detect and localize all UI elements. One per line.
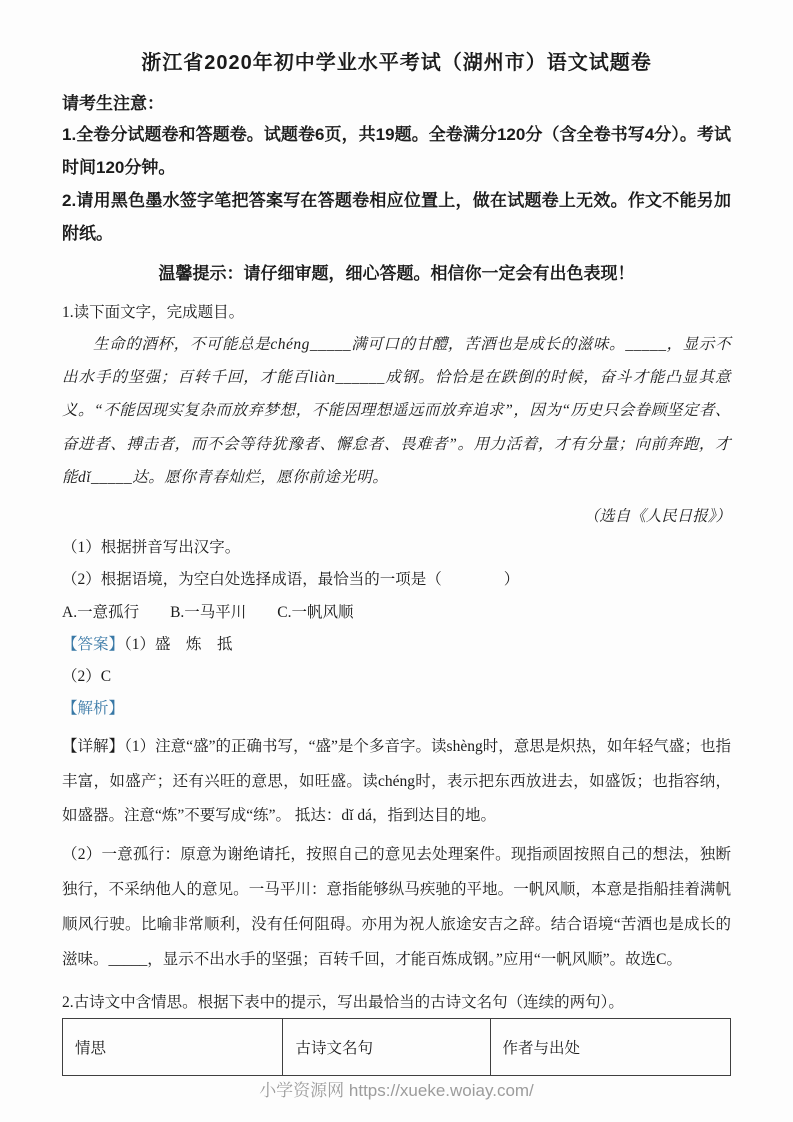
analysis-label: 【解析】 (62, 700, 124, 717)
footer-watermark: 小学资源网 https://xueke.woiay.com/ (62, 1076, 731, 1101)
table-header-author: 作者与出处 (490, 1018, 730, 1075)
analysis-line: 【解析】 (62, 697, 731, 720)
answer-line-1: 【答案】（1）盛 炼 抵 (62, 633, 731, 656)
detail-1-text: （1）注意“盛”的正确书写，“盛”是个多音字。读shèng时，意思是炽热，如年轻… (62, 738, 731, 825)
question-2-intro: 2.古诗文中含情思。根据下表中的提示，写出最恰当的古诗文名句（连续的两句）。 (62, 990, 731, 1012)
poetry-hint-table: 情思 古诗文名句 作者与出处 (62, 1018, 731, 1076)
table-header-emotion: 情思 (63, 1018, 283, 1075)
question-1-options: A.一意孤行 B.一马平川 C.一帆风顺 (62, 601, 731, 624)
answer-label: 【答案】 (62, 636, 124, 653)
passage-source: （选自《人民日报》） (62, 504, 731, 526)
question-1-intro: 1.读下面文字，完成题目。 (62, 300, 731, 322)
answer-line-2: （2）C (62, 665, 731, 688)
question-1-section: 1.读下面文字，完成题目。 生命的酒杯，不可能总是chéng_____满可口的甘… (62, 292, 731, 982)
notice-item-2: 2.请用黑色墨水签字笔把答案写在答题卷相应位置上，做在试题卷上无效。作文不能另加… (62, 184, 731, 250)
reading-passage: 生命的酒杯，不可能总是chéng_____满可口的甘醴，苦酒也是成长的滋味。__… (62, 328, 731, 495)
exam-tip: 温馨提示：请仔细审题，细心答题。相信你一定会有出色表现！ (62, 259, 731, 284)
detail-paragraph-2: （2）一意孤行：原意为谢绝请托，按照自己的意见去处理案件。现指顽固按照自己的想法… (62, 838, 731, 978)
notice-heading: 请考生注意： (62, 89, 731, 114)
table-header-quote: 古诗文名句 (283, 1018, 490, 1075)
table-header-row: 情思 古诗文名句 作者与出处 (63, 1018, 731, 1075)
exam-document-page: 浙江省2020年初中学业水平考试（湖州市）语文试题卷 请考生注意： 1.全卷分试… (0, 0, 793, 1122)
question-1-sub-2: （2）根据语境，为空白处选择成语，最恰当的一项是（ ） (62, 568, 731, 591)
question-2-section: 2.古诗文中含情思。根据下表中的提示，写出最恰当的古诗文名句（连续的两句）。 情… (62, 982, 731, 1076)
detail-label: 【详解】 (62, 738, 124, 755)
question-1-sub-1: （1）根据拼音写出汉字。 (62, 536, 731, 559)
page-title: 浙江省2020年初中学业水平考试（湖州市）语文试题卷 (62, 46, 731, 75)
detail-paragraph-1: 【详解】（1）注意“盛”的正确书写，“盛”是个多音字。读shèng时，意思是炽热… (62, 730, 731, 835)
notice-item-1: 1.全卷分试题卷和答题卷。试题卷6页，共19题。全卷满分120分（含全卷书写4分… (62, 118, 731, 184)
answer-1-text: （1）盛 炼 抵 (124, 636, 233, 653)
